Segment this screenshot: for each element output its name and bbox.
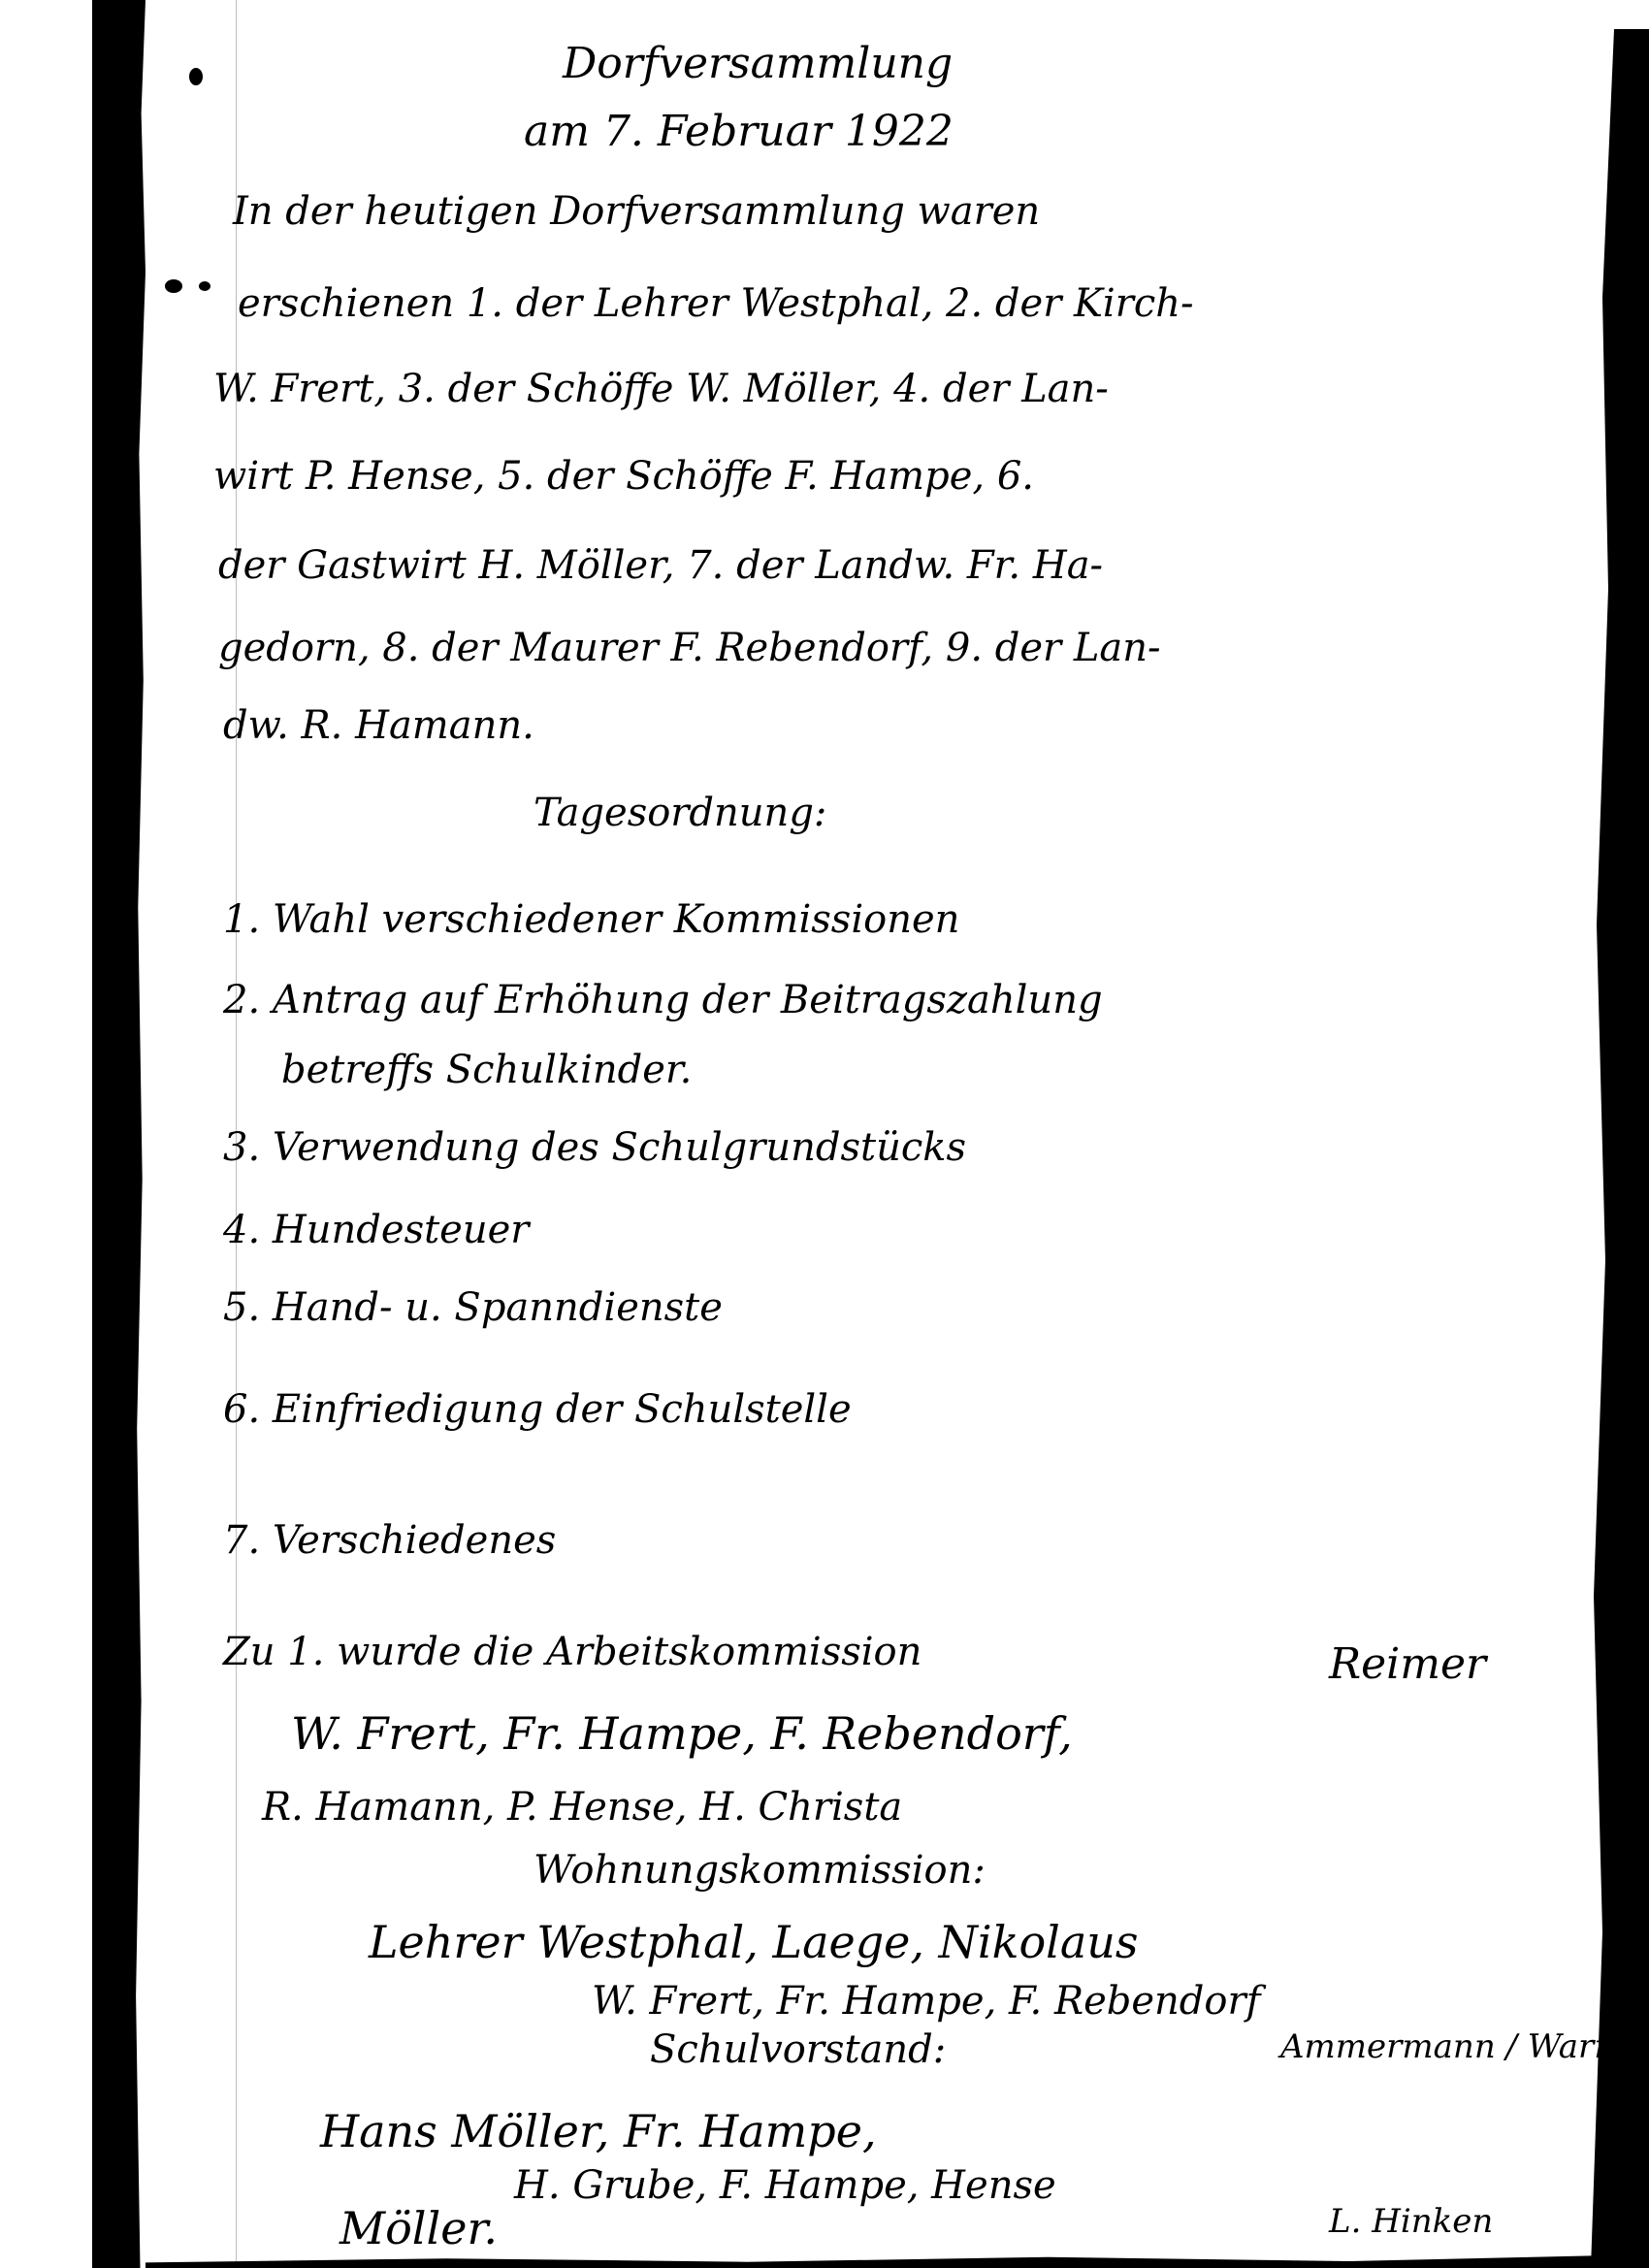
intro-line: W. Frert, 3. der Schöffe W. Möller, 4. d…	[213, 367, 1109, 411]
document-date: am 7. Februar 1922	[524, 107, 954, 156]
resolution-line: Möller.	[339, 2202, 498, 2254]
resolution-line: H. Grube, F. Hampe, Hense	[514, 2163, 1056, 2208]
intro-line: gedorn, 8. der Maurer F. Rebendorf, 9. d…	[218, 626, 1161, 670]
resolution-line: R. Hamann, P. Hense, H. Christa	[262, 1785, 902, 1830]
left-edge-rule	[92, 0, 94, 2268]
scanned-page: Dorfversammlung am 7. Februar 1922 In de…	[0, 0, 1649, 2268]
agenda-heading: Tagesordnung:	[533, 791, 826, 835]
agenda-item: 1. Wahl verschiedener Kommissionen	[223, 897, 959, 942]
agenda-item: 7. Verschiedenes	[223, 1518, 556, 1563]
margin-note: Ammermann / Warner	[1280, 2027, 1649, 2066]
agenda-item: 6. Einfriedigung der Schulstelle	[223, 1387, 852, 1432]
intro-line: dw. R. Hamann.	[223, 703, 534, 748]
intro-line: wirt P. Hense, 5. der Schöffe F. Hampe, …	[213, 454, 1034, 499]
agenda-item: 3. Verwendung des Schulgrundstücks	[223, 1125, 966, 1170]
resolution-line: W. Frert, Fr. Hampe, F. Rebendorf,	[291, 1707, 1073, 1760]
intro-line: erschienen 1. der Lehrer Westphal, 2. de…	[238, 281, 1194, 326]
resolution-line: Schulvorstand:	[650, 2027, 946, 2072]
agenda-item: 4. Hundesteuer	[223, 1208, 529, 1252]
agenda-item: 5. Hand- u. Spanndienste	[223, 1285, 723, 1330]
agenda-item: 2. Antrag auf Erhöhung der Beitragszahlu…	[223, 978, 1103, 1022]
resolution-line: W. Frert, Fr. Hampe, F. Rebendorf	[592, 1979, 1260, 2024]
resolution-line: Wohnungskommission:	[533, 1848, 986, 1893]
resolution-insert: Reimer	[1329, 1639, 1486, 1689]
margin-note: L. Hinken	[1329, 2202, 1493, 2241]
right-scan-border	[1591, 29, 1649, 2268]
document-page: Dorfversammlung am 7. Februar 1922 In de…	[145, 0, 1591, 2268]
left-scan-border	[92, 0, 145, 2268]
resolution-line: Hans Möller, Fr. Hampe,	[320, 2105, 877, 2157]
scan-margin	[0, 0, 92, 2268]
scan-speck	[199, 281, 210, 291]
agenda-item: betreffs Schulkinder.	[281, 1048, 692, 1092]
resolution-line: Zu 1. wurde die Arbeitskommission	[223, 1630, 921, 1674]
resolution-line: Lehrer Westphal, Laege, Nikolaus	[369, 1916, 1139, 1968]
intro-line: In der heutigen Dorfversammlung waren	[233, 189, 1040, 234]
intro-line: der Gastwirt H. Möller, 7. der Landw. Fr…	[218, 543, 1103, 588]
scan-speck	[165, 279, 182, 293]
scan-speck	[189, 68, 203, 85]
document-title: Dorfversammlung	[563, 39, 953, 88]
